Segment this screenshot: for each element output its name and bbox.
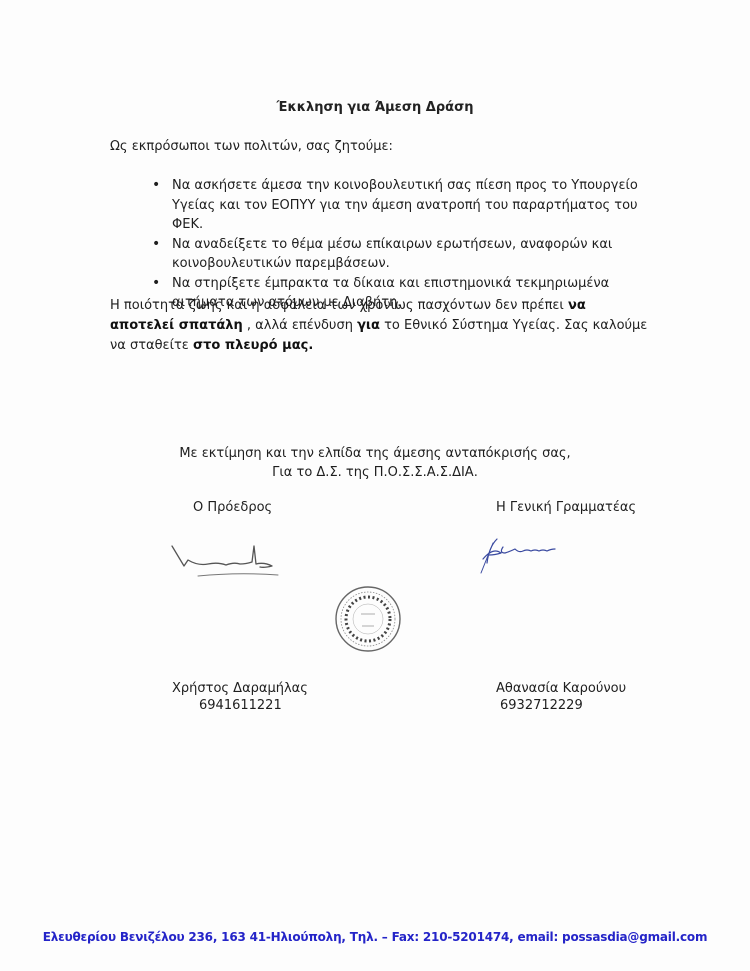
emphasis-text: για xyxy=(357,318,380,333)
secretary-phone: 6932712229 xyxy=(500,698,583,713)
closing-paragraph: Η ποιότητα ζωής και η ασφάλεια των χρονί… xyxy=(110,296,650,356)
signature-icon xyxy=(475,533,560,578)
list-item: Να αναδείξετε το θέμα μέσω επίκαιρων ερω… xyxy=(150,235,650,274)
request-list: Να ασκήσετε άμεσα την κοινοβουλευτική σα… xyxy=(150,176,650,313)
president-phone: 6941611221 xyxy=(199,698,282,713)
signature-icon xyxy=(168,540,283,585)
closing-text: Η ποιότητα ζωής και η ασφάλεια των χρονί… xyxy=(110,298,568,313)
intro-text: Ως εκπρόσωποι των πολιτών, σας ζητούμε: xyxy=(110,139,393,154)
list-item: Να ασκήσετε άμεσα την κοινοβουλευτική σα… xyxy=(150,176,650,235)
secretary-name: Αθανασία Καρούνου xyxy=(496,681,626,696)
secretary-role: Η Γενική Γραμματέας xyxy=(496,500,636,515)
president-name: Χρήστος Δαραμήλας xyxy=(172,681,308,696)
stamp-icon xyxy=(333,584,403,654)
footer-contact: Ελευθερίου Βενιζέλου 236, 163 41-Ηλιούπο… xyxy=(0,930,750,944)
document-title: Έκκληση για Άμεση Δράση xyxy=(0,100,750,115)
president-role: Ο Πρόεδρος xyxy=(193,500,272,515)
on-behalf-line: Για το Δ.Σ. της Π.Ο.Σ.Σ.Α.Σ.ΔΙΑ. xyxy=(0,465,750,480)
regards-line: Με εκτίμηση και την ελπίδα της άμεσης αν… xyxy=(0,446,750,461)
closing-text: , αλλά επένδυση xyxy=(243,318,357,333)
emphasis-text: στο πλευρό μας. xyxy=(193,338,313,353)
